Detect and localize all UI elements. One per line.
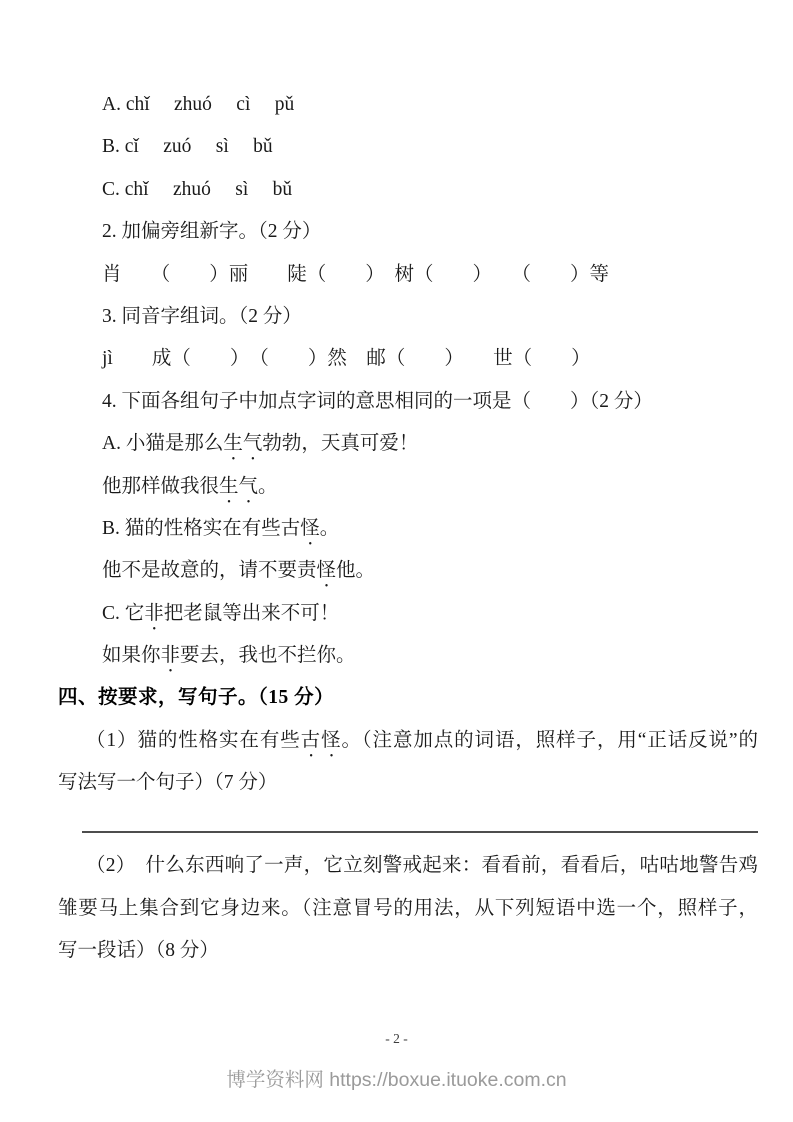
footer-site-link: 博学资料网 https://boxue.ituoke.com.cn [0,1064,793,1092]
q4-option-a-sentence-2: 他那样做我很生气。 [58,466,758,508]
sentence-text: 他那样做我很 [102,476,219,497]
q4-option-b-sentence-1: B. 猫的性格实在有些古怪。 [58,508,758,550]
q4-option-a-sentence-1: A. 小猫是那么生气勃勃，天真可爱！ [58,423,758,465]
exam-page: { "quiz": { "q1_options": [ "A. chǐ zhuó… [0,0,793,1122]
section4-item2-line1: （2） 什么东西响了一声，它立刻警戒起来：看看前，看看后，咕咕地警告鸡 [58,845,758,887]
q4-option-b-sentence-2: 他不是故意的，请不要责怪他。 [58,550,758,592]
sentence-text: C. 它 [102,603,144,624]
question-2-blanks: 肖 （ ）丽 陡（ ） 树（ ） （ ）等 [58,254,758,296]
emphasized-word: 非 [161,645,181,666]
emphasized-word: 怪 [300,518,320,539]
sentence-text: （1）猫的性格实在有些 [86,730,301,751]
answer-writing-line [82,831,758,834]
sentence-text: B. 猫的性格实在有些古 [102,518,300,539]
q4-option-c-sentence-1: C. 它非把老鼠等出来不可！ [58,593,758,635]
sentence-text: A. 小猫是那么 [102,433,223,454]
sentence-text: 。（注意加点的词语，照样子，用“正话反说”的 [341,730,758,751]
sentence-text: 。 [320,518,340,539]
sentence-text: 把老鼠等出来不可！ [164,603,340,624]
emphasized-word: 古怪 [301,730,342,751]
page-number: - 2 - [0,1031,793,1047]
question-4-stem: 4. 下面各组句子中加点字词的意思相同的一项是（ ）（2 分） [58,381,758,423]
section-4-heading: 四、按要求，写句子。（15 分） [58,677,758,719]
sentence-text: 要去，我也不拦你。 [180,645,356,666]
emphasized-word: 怪 [317,560,337,581]
emphasized-word: 生气 [219,476,258,497]
pinyin-option-a: A. chǐ zhuó cì pǔ [58,84,758,126]
q4-option-c-sentence-2: 如果你非要去，我也不拦你。 [58,635,758,677]
sentence-text: 勃勃，天真可爱！ [262,433,418,454]
emphasized-word: 生气 [223,433,262,454]
section4-item2-line2: 雏要马上集合到它身边来。（注意冒号的用法，从下列短语中选一个，照样子， [58,888,758,930]
sentence-text: 他。 [336,560,375,581]
document-body: A. chǐ zhuó cì pǔ B. cǐ zuó sì bǔ C. chǐ… [0,0,793,972]
pinyin-option-c: C. chǐ zhuó sì bǔ [58,169,758,211]
section4-item1-line1: （1）猫的性格实在有些古怪。（注意加点的词语，照样子，用“正话反说”的 [58,720,758,762]
sentence-text: 。 [258,476,278,497]
sentence-text: 他不是故意的，请不要责 [102,560,317,581]
section4-item2-line3: 写一段话）（8 分） [58,930,758,972]
question-2-stem: 2. 加偏旁组新字。（2 分） [58,211,758,253]
sentence-text: 如果你 [102,645,161,666]
question-3-blanks: jì 成（ ） （ ）然 邮（ ） 世（ ） [58,338,758,380]
pinyin-option-b: B. cǐ zuó sì bǔ [58,126,758,168]
question-3-stem: 3. 同音字组词。（2 分） [58,296,758,338]
emphasized-word: 非 [144,603,164,624]
section4-item1-line2: 写法写一个句子）（7 分） [58,762,758,804]
